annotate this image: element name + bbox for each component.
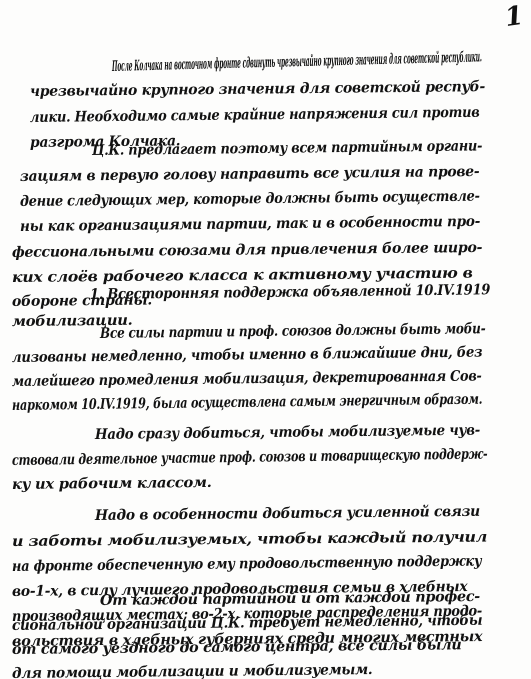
handwritten-line: фессиональными союзами для привлечения б… [12,239,482,261]
handwritten-line: лики. Необходимо самые крайние напряжени… [30,104,480,126]
handwritten-line: ствовали деятельное участие проф. союзов… [12,446,488,469]
manuscript-page: 1 После Колчака на восточном фронте сдви… [0,0,531,679]
handwritten-line: 1. Всесторонняя поддержка объявленной 10… [90,281,490,303]
handwritten-line: на фронте обеспеченную ему продовольстве… [12,553,482,575]
handwritten-line: для помощи мобилизации и мобилизуемым. [12,661,373,679]
handwritten-line: лизованы немедленно, чтобы именно в ближ… [12,344,482,366]
handwritten-line: зациям в первую голову направить все уси… [20,163,480,185]
handwritten-line: малейшего промедления мобилизация, декре… [12,367,482,390]
handwritten-line: Надо в особенности добиться усиленной св… [95,503,480,524]
handwritten-line: ку их рабочим классом. [12,474,212,493]
handwritten-line: дение следующих мер, которые должны быть… [20,188,480,210]
handwritten-line: и заботы мобилизуемых, чтобы каждый полу… [12,528,487,550]
handwritten-line: Все силы партии и проф. союзов должны бы… [100,320,486,342]
handwritten-line: наркомом 10.IV.1919, была осуществлена с… [12,391,482,414]
handwritten-line: После Колчака на восточном фронте сдвину… [112,48,482,75]
handwritten-line: чрезвычайно крупного значения для советс… [30,78,485,100]
handwritten-line: ны как организациями партии, так и в осо… [20,213,480,235]
handwritten-line: Надо сразу добиться, чтобы мобилизуемые … [95,422,480,443]
handwritten-line: от самого уездного до самого центра, все… [12,636,462,658]
page-number: 1 [503,1,525,33]
handwritten-line: Ц.К. предлагает поэтому всем партийным о… [92,137,482,159]
